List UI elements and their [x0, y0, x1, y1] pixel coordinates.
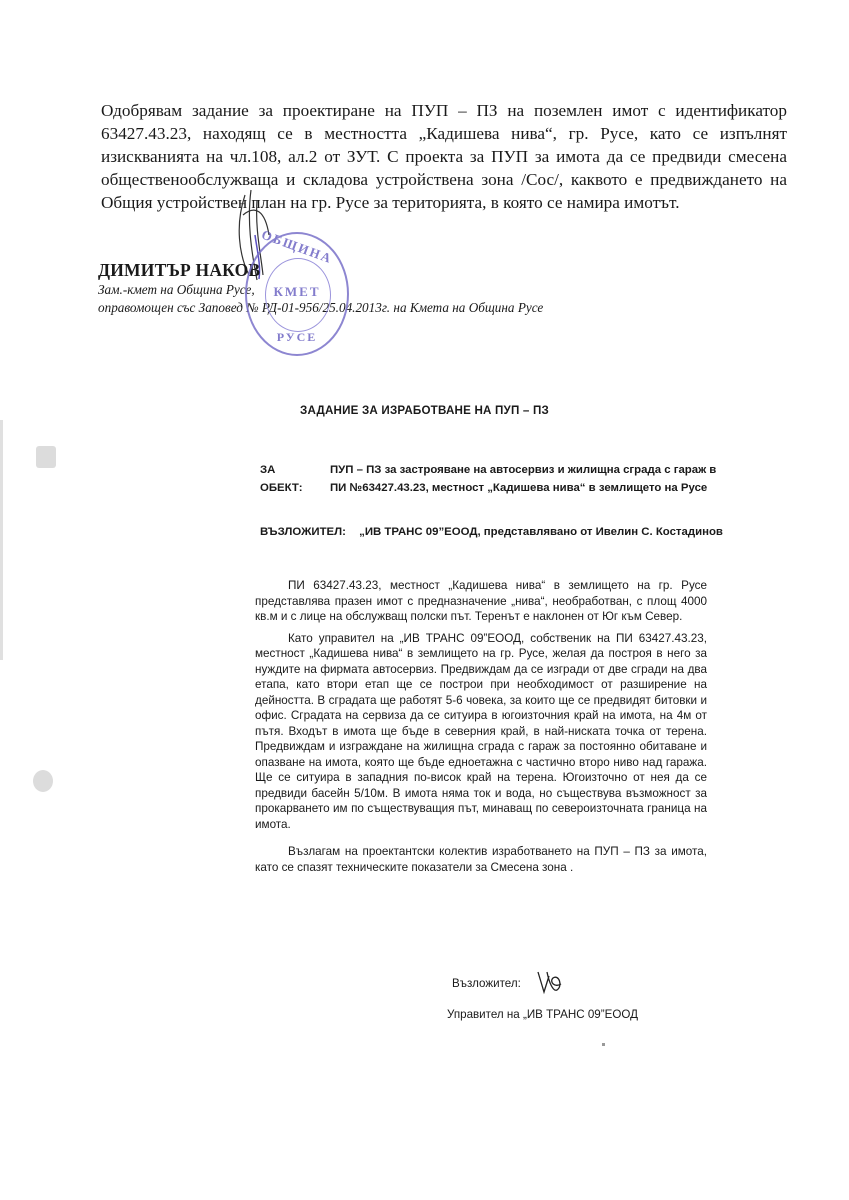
municipality-stamp: ОБЩИНА КМЕТ РУСЕ — [245, 232, 349, 356]
punch-hole-mark — [33, 770, 53, 792]
closing-block: Възложител: Управител на „ИВ ТРАНС 09”ЕО… — [447, 968, 638, 1021]
object-label: ЗА ОБЕКТ: — [260, 461, 302, 497]
task-title: ЗАДАНИЕ ЗА ИЗРАБОТВАНЕ НА ПУП – ПЗ — [0, 404, 849, 417]
approval-text: Одобрявам задание за проектиране на ПУП … — [101, 99, 787, 214]
body-paragraph: ПИ 63427.43.23, местност „Кадишева нива“… — [255, 578, 707, 625]
client-label: ВЪЗЛОЖИТЕЛ: — [260, 526, 346, 538]
object-value: ПУП – ПЗ за застрояване на автосервиз и … — [330, 461, 730, 497]
stamp-middle-text: КМЕТ — [247, 284, 347, 300]
speck-mark — [602, 1043, 605, 1046]
body-paragraph: Като управител на „ИВ ТРАНС 09”ЕООД, соб… — [255, 631, 707, 833]
punch-hole-mark — [36, 446, 56, 468]
manager-line: Управител на „ИВ ТРАНС 09”ЕООД — [447, 1008, 638, 1021]
body-paragraph: Възлагам на проектантски колектив израбо… — [255, 844, 707, 875]
client-signature-label: Възложител: — [452, 977, 521, 990]
approval-resolution: Одобрявам задание за проектиране на ПУП … — [101, 99, 787, 214]
client-value: „ИВ ТРАНС 09”ЕООД, представлявано от Иве… — [359, 526, 723, 538]
client-signature-icon — [535, 968, 565, 998]
stamp-bottom-text: РУСЕ — [247, 330, 347, 345]
client-section: ВЪЗЛОЖИТЕЛ: „ИВ ТРАНС 09”ЕООД, представл… — [260, 526, 723, 538]
scan-edge-line — [0, 420, 3, 660]
task-body: ПИ 63427.43.23, местност „Кадишева нива“… — [255, 578, 707, 881]
